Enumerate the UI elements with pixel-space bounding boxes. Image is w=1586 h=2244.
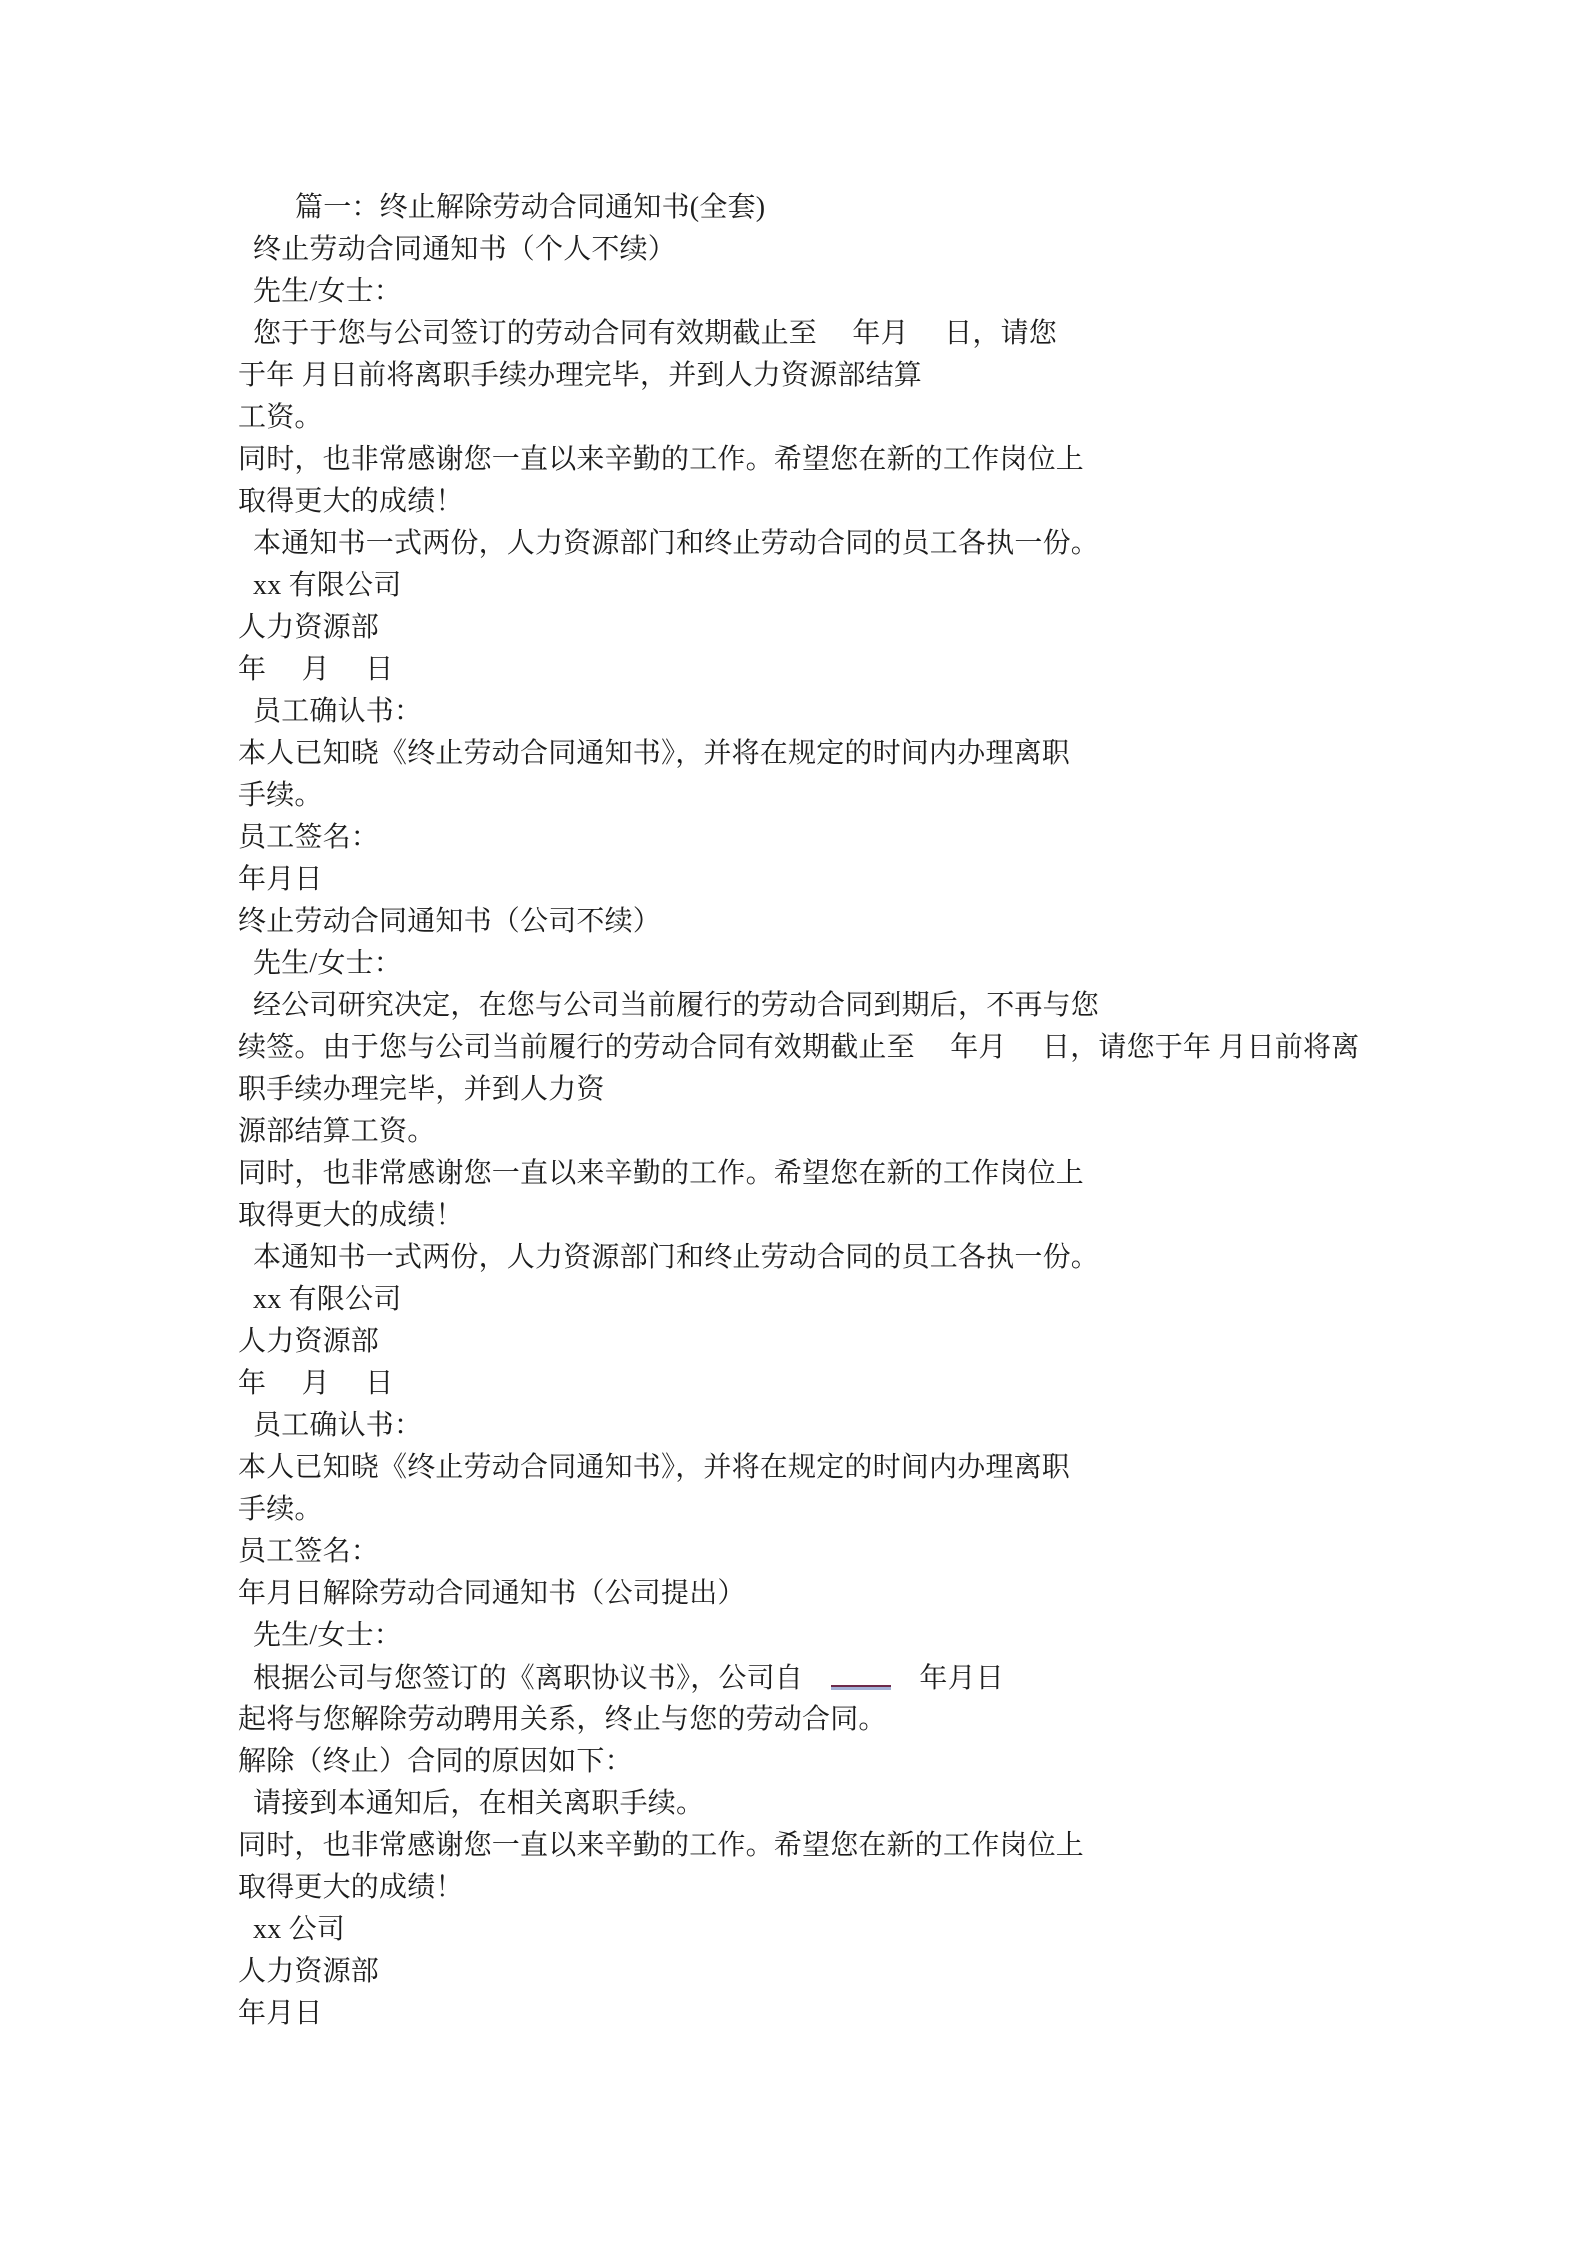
doc-line-38: 解除（终止）合同的原因如下： bbox=[238, 1741, 1498, 1783]
doc-line-6: 工资。 bbox=[238, 397, 1498, 439]
doc-line-13: 员工确认书： bbox=[238, 691, 1498, 733]
doc-line-32: 手续。 bbox=[238, 1489, 1498, 1531]
doc-line-39: 请接到本通知后，在相关离职手续。 bbox=[238, 1783, 1498, 1825]
doc-line-text: 年月日 bbox=[891, 1663, 1004, 1694]
doc-line-10: xx 有限公司 bbox=[238, 565, 1498, 607]
doc-line-7: 同时，也非常感谢您一直以来辛勤的工作。希望您在新的工作岗位上 bbox=[238, 439, 1498, 481]
doc-line-26: 本通知书一式两份，人力资源部门和终止劳动合同的员工各执一份。 bbox=[238, 1237, 1498, 1279]
doc-line-36: 根据公司与您签订的《离职协议书》，公司自 年月日 bbox=[238, 1657, 1498, 1699]
doc-line-31: 本人已知晓《终止劳动合同通知书》，并将在规定的时间内办理离职 bbox=[238, 1447, 1498, 1489]
doc-line-27: xx 有限公司 bbox=[238, 1279, 1498, 1321]
doc-line-20: 经公司研究决定，在您与公司当前履行的劳动合同到期后，不再与您 bbox=[238, 985, 1498, 1027]
doc-line-11: 人力资源部 bbox=[238, 607, 1498, 649]
doc-line-22: 职手续办理完毕，并到人力资 bbox=[238, 1069, 1498, 1111]
doc-line-24: 同时，也非常感谢您一直以来辛勤的工作。希望您在新的工作岗位上 bbox=[238, 1153, 1498, 1195]
doc-line-4: 您于于您与公司签订的劳动合同有效期截止至 年月 日，请您 bbox=[238, 313, 1498, 355]
doc-line-37: 起将与您解除劳动聘用关系，终止与您的劳动合同。 bbox=[238, 1699, 1498, 1741]
doc-line-14: 本人已知晓《终止劳动合同通知书》，并将在规定的时间内办理离职 bbox=[238, 733, 1498, 775]
doc-line-8: 取得更大的成绩！ bbox=[238, 481, 1498, 523]
doc-line-43: 人力资源部 bbox=[238, 1951, 1498, 1993]
doc-line-2: 终止劳动合同通知书（个人不续） bbox=[238, 229, 1498, 271]
doc-line-29: 年 月 日 bbox=[238, 1363, 1498, 1405]
doc-line-44: 年月日 bbox=[238, 1993, 1498, 2035]
doc-line-40: 同时，也非常感谢您一直以来辛勤的工作。希望您在新的工作岗位上 bbox=[238, 1825, 1498, 1867]
doc-line-12: 年 月 日 bbox=[238, 649, 1498, 691]
doc-line-15: 手续。 bbox=[238, 775, 1498, 817]
doc-line-25: 取得更大的成绩！ bbox=[238, 1195, 1498, 1237]
doc-line-1: 篇一：终止解除劳动合同通知书(全套) bbox=[238, 187, 1498, 229]
doc-line-28: 人力资源部 bbox=[238, 1321, 1498, 1363]
doc-line-18: 终止劳动合同通知书（公司不续） bbox=[238, 901, 1498, 943]
doc-line-17: 年月日 bbox=[238, 859, 1498, 901]
fill-in-blank-underline bbox=[831, 1657, 891, 1687]
doc-line-33: 员工签名： bbox=[238, 1531, 1498, 1573]
doc-line-34: 年月日解除劳动合同通知书（公司提出） bbox=[238, 1573, 1498, 1615]
doc-line-16: 员工签名： bbox=[238, 817, 1498, 859]
doc-line-9: 本通知书一式两份，人力资源部门和终止劳动合同的员工各执一份。 bbox=[238, 523, 1498, 565]
doc-line-5: 于年 月日前将离职手续办理完毕，并到人力资源部结算 bbox=[238, 355, 1498, 397]
document-text-block: 篇一：终止解除劳动合同通知书(全套)终止劳动合同通知书（个人不续）先生/女士：您… bbox=[238, 187, 1498, 2035]
doc-line-35: 先生/女士： bbox=[238, 1615, 1498, 1657]
doc-line-19: 先生/女士： bbox=[238, 943, 1498, 985]
doc-line-42: xx 公司 bbox=[238, 1909, 1498, 1951]
doc-line-3: 先生/女士： bbox=[238, 271, 1498, 313]
doc-line-text: 根据公司与您签订的《离职协议书》，公司自 bbox=[253, 1663, 831, 1694]
doc-line-21: 续签。由于您与公司当前履行的劳动合同有效期截止至 年月 日，请您于年 月日前将离 bbox=[238, 1027, 1498, 1069]
doc-line-41: 取得更大的成绩！ bbox=[238, 1867, 1498, 1909]
doc-line-30: 员工确认书： bbox=[238, 1405, 1498, 1447]
doc-line-23: 源部结算工资。 bbox=[238, 1111, 1498, 1153]
document-page: 篇一：终止解除劳动合同通知书(全套)终止劳动合同通知书（个人不续）先生/女士：您… bbox=[0, 0, 1586, 2244]
